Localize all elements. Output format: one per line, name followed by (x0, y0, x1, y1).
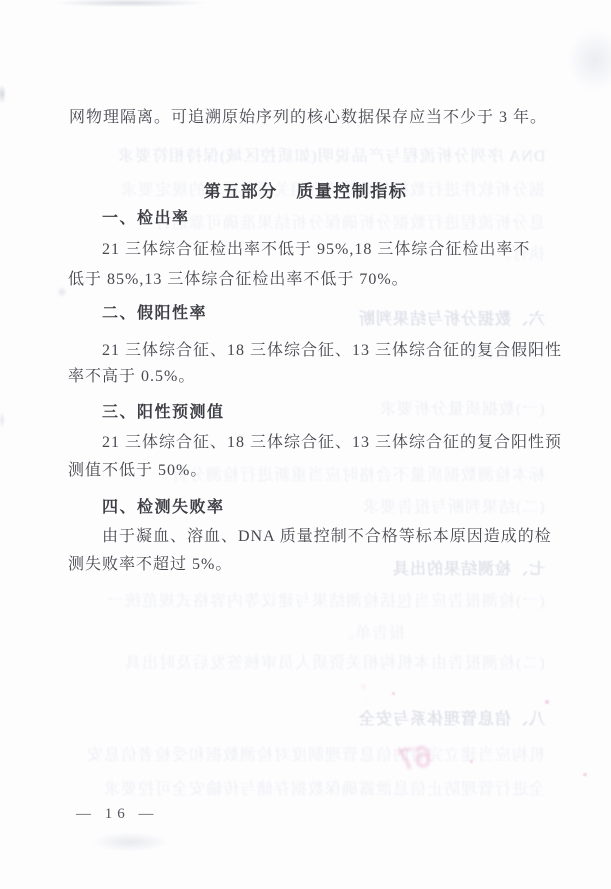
bleedthrough-line: DNA 序列分析流程与产品说明(如质控区域)保持相符要求 (117, 143, 545, 166)
heading-positive-predictive-value: 三、阳性预测值 (102, 402, 225, 424)
pink-ink-smudge: ؚ٬ (361, 682, 368, 700)
bleedthrough-line: (一)检测报告应当包括检测结果与建议等内容格式规范统一 (107, 588, 545, 611)
heading-test-failure-rate: 四、检测失败率 (102, 497, 225, 519)
bleedthrough-line: 报告单。 (337, 620, 405, 643)
pink-ink-speck (392, 692, 395, 695)
paragraph-line: 21 三体综合征检出率不低于 95%,18 三体综合征检出率不 (102, 239, 530, 261)
paragraph-line: 由于凝血、溶血、DNA 质量控制不合格等标本原因造成的检 (102, 526, 552, 548)
pink-ink-speck (545, 700, 549, 704)
bleedthrough-line: 息分析流程进行数据分析确保分析结果准确可靠运行 (154, 210, 545, 233)
bleedthrough-line: (一)数据质量分析要求 (379, 396, 545, 419)
paragraph-line: 21 三体综合征、18 三体综合征、13 三体综合征的复合假阳性 (102, 340, 562, 362)
section-title: 第五部分 质量控制指标 (0, 181, 611, 203)
paragraph-line: 21 三体综合征、18 三体综合征、13 三体综合征的复合阳性预 (102, 432, 562, 454)
bleedthrough-line: 六、数据分析与结果判断 (358, 306, 545, 329)
bleedthrough-line: 全进行管理防止信息泄露确保数据存储与传输安全可控要求 (103, 776, 545, 799)
scanned-document-page: DNA 序列分析流程与产品说明(如质控区域)保持相符要求 据分析软件进行数据分析… (0, 0, 611, 889)
bleedthrough-line: (二)检测报告由本机构相关资质人员审核签发后及时出具 (124, 650, 545, 673)
bleedthrough-line: 七、检测结果的出具 (392, 556, 545, 579)
heading-detection-rate: 一、检出率 (102, 208, 190, 230)
intro-line: 网物理隔离。可追溯原始序列的核心数据保存应当不少于 3 年。 (69, 107, 547, 129)
bleedthrough-line: (二)结果判断与报告要求 (362, 494, 545, 517)
bleedthrough-line: 机构应当建立完善的信息管理制度对检测数据和受检者信息安 (86, 742, 545, 765)
heading-false-positive-rate: 二、假阳性率 (102, 303, 207, 325)
paragraph-line: 测失败率不超过 5%。 (68, 554, 232, 576)
paragraph-line: 率不高于 0.5%。 (68, 366, 195, 388)
pink-ink-speck (470, 760, 473, 763)
bleedthrough-line: 标本检测数据质量不合格时应当重新进行检测分析 (171, 462, 545, 485)
pink-ink-smudge: 67 (396, 744, 433, 774)
paragraph-line: 低于 85%,13 三体综合征检出率不低于 70%。 (68, 269, 409, 291)
paragraph-line: 测值不低于 50%。 (68, 460, 207, 482)
page-number: — 16 — (76, 806, 159, 823)
pink-ink-speck (583, 773, 587, 776)
bleedthrough-line: 八、信息管理体系与安全 (358, 706, 545, 729)
